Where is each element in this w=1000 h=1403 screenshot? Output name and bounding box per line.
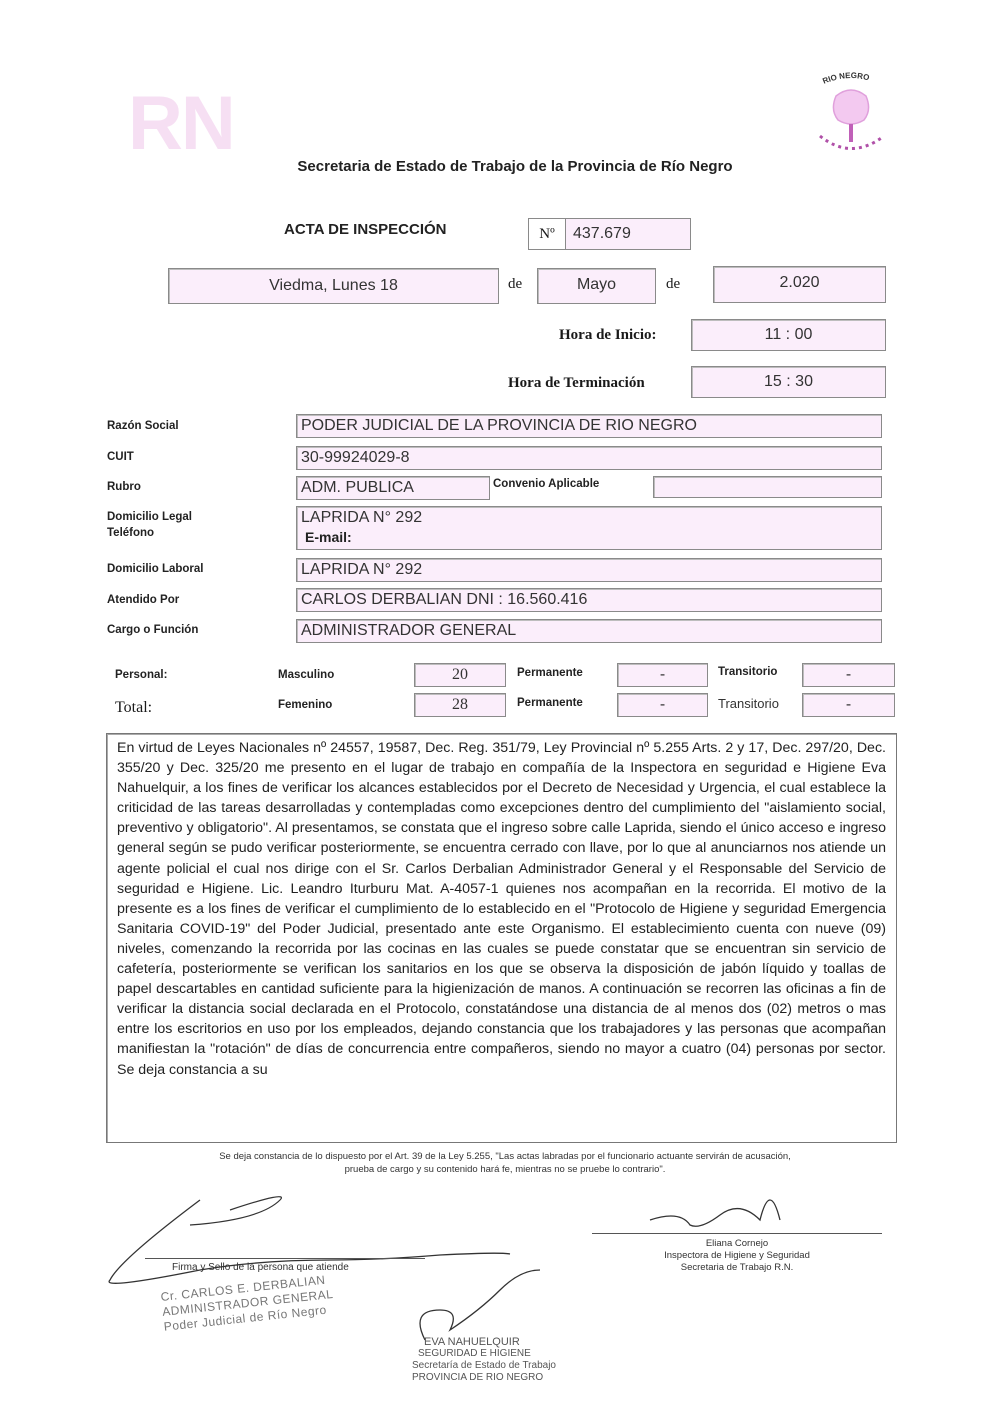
femenino-value: 28: [415, 694, 505, 716]
start-time-value: 11 : 00: [692, 320, 885, 350]
permanente-f-field[interactable]: -: [617, 693, 708, 717]
start-time-field[interactable]: 11 : 00: [691, 319, 886, 351]
convenio-label: Convenio Aplicable: [493, 478, 599, 490]
transitorio-label-m: Transitorio: [718, 666, 777, 678]
email-label: E-mail:: [305, 529, 352, 545]
inspector-name: Eliana Cornejo: [592, 1238, 882, 1250]
center-stamp-line-3: Secretaría de Estado de Trabajo: [412, 1360, 592, 1372]
right-signature-block: Eliana Cornejo Inspectora de Higiene y S…: [592, 1238, 882, 1274]
total-label: Total:: [115, 699, 152, 717]
end-time-field[interactable]: 15 : 30: [691, 366, 886, 398]
permanente-label-f: Permanente: [517, 697, 583, 709]
atendido-label: Atendido Por: [107, 594, 179, 606]
act-number-field[interactable]: Nº 437.679: [528, 218, 691, 250]
domicilio-legal-label: Domicilio Legal: [107, 511, 192, 523]
rn-watermark: RN: [128, 80, 234, 167]
atendido-value: CARLOS DERBALIAN DNI : 16.560.416: [297, 589, 881, 611]
logo-text: RIO NEGRO: [821, 71, 870, 86]
place-day-value: Viedma, Lunes 18: [169, 269, 498, 303]
razon-social-value: PODER JUDICIAL DE LA PROVINCIA DE RIO NE…: [297, 415, 881, 437]
domicilio-laboral-value: LAPRIDA N° 292: [297, 559, 881, 581]
transitorio-m-field[interactable]: -: [802, 663, 895, 687]
transitorio-f-field[interactable]: -: [802, 693, 895, 717]
de-label-2: de: [666, 276, 680, 293]
cargo-value: ADMINISTRADOR GENERAL: [297, 620, 881, 642]
personal-label: Personal:: [115, 669, 167, 681]
domicilio-legal-value: LAPRIDA N° 292: [297, 507, 881, 529]
masculino-value: 20: [415, 664, 505, 686]
center-stamp-line-2: SEGURIDAD E HIGIENE: [412, 1348, 592, 1360]
transitorio-label-f: Transitorio: [718, 696, 779, 711]
right-signature-line: [592, 1233, 882, 1234]
permanente-label-m: Permanente: [517, 667, 583, 679]
end-time-label: Hora de Terminación: [508, 375, 645, 392]
year-field[interactable]: 2.020: [713, 266, 886, 303]
act-title: ACTA DE INSPECCIÓN: [284, 221, 447, 238]
cargo-label: Cargo o Función: [107, 624, 198, 636]
masculino-field[interactable]: 20: [414, 663, 506, 687]
transitorio-m-value: -: [803, 664, 894, 686]
rubro-value: ADM. PUBLICA: [297, 477, 489, 499]
province-emblem-icon: RIO NEGRO: [808, 66, 894, 166]
permanente-m-value: -: [618, 664, 707, 686]
svg-text:RIO NEGRO: RIO NEGRO: [821, 71, 870, 86]
cargo-field[interactable]: ADMINISTRADOR GENERAL: [296, 619, 882, 643]
cuit-label: CUIT: [107, 451, 134, 463]
month-value: Mayo: [538, 269, 655, 301]
place-day-field[interactable]: Viedma, Lunes 18: [168, 268, 499, 304]
domicilio-laboral-field[interactable]: LAPRIDA N° 292: [296, 558, 882, 582]
inspector-role: Inspectora de Higiene y Seguridad: [592, 1250, 882, 1262]
cuit-value: 30-99924029-8: [297, 447, 881, 469]
atendido-field[interactable]: CARLOS DERBALIAN DNI : 16.560.416: [296, 588, 882, 612]
convenio-field[interactable]: [653, 476, 882, 498]
domicilio-legal-field[interactable]: LAPRIDA N° 292 E-mail:: [296, 506, 882, 550]
femenino-label: Femenino: [278, 699, 332, 711]
act-number-value: 437.679: [573, 219, 631, 249]
rubro-field[interactable]: ADM. PUBLICA: [296, 476, 490, 500]
rubro-label: Rubro: [107, 481, 141, 493]
razon-social-label: Razón Social: [107, 420, 179, 432]
masculino-label: Masculino: [278, 669, 334, 681]
center-stamp-line-1: EVA NAHUELQUIR: [412, 1336, 592, 1348]
telefono-label: Teléfono: [107, 527, 154, 539]
inspector-organization: Secretaria de Trabajo R.N.: [592, 1262, 882, 1274]
left-signature-line: [145, 1258, 425, 1259]
year-value: 2.020: [714, 267, 885, 299]
permanente-f-value: -: [618, 694, 707, 716]
left-signature-caption: Firma y Sello de la persona que atiende: [172, 1262, 349, 1273]
center-stamp-line-4: PROVINCIA DE RIO NEGRO: [412, 1372, 592, 1384]
inspection-report-text: En virtud de Leyes Nacionales nº 24557, …: [117, 738, 886, 1080]
month-field[interactable]: Mayo: [537, 268, 656, 304]
domicilio-laboral-label: Domicilio Laboral: [107, 563, 204, 575]
inspection-report-textarea[interactable]: En virtud de Leyes Nacionales nº 24557, …: [106, 733, 897, 1143]
razon-social-field[interactable]: PODER JUDICIAL DE LA PROVINCIA DE RIO NE…: [296, 414, 882, 438]
center-stamp: EVA NAHUELQUIR SEGURIDAD E HIGIENE Secre…: [412, 1336, 592, 1384]
femenino-field[interactable]: 28: [414, 693, 506, 717]
permanente-m-field[interactable]: -: [617, 663, 708, 687]
start-time-label: Hora de Inicio:: [559, 327, 657, 344]
cuit-field[interactable]: 30-99924029-8: [296, 446, 882, 470]
de-label-1: de: [508, 276, 522, 293]
organization-title: Secretaria de Estado de Trabajo de la Pr…: [0, 158, 1000, 175]
rio-negro-logo: RIO NEGRO: [808, 66, 894, 166]
end-time-value: 15 : 30: [692, 367, 885, 397]
number-label: Nº: [529, 219, 566, 249]
transitorio-f-value: -: [803, 694, 894, 716]
